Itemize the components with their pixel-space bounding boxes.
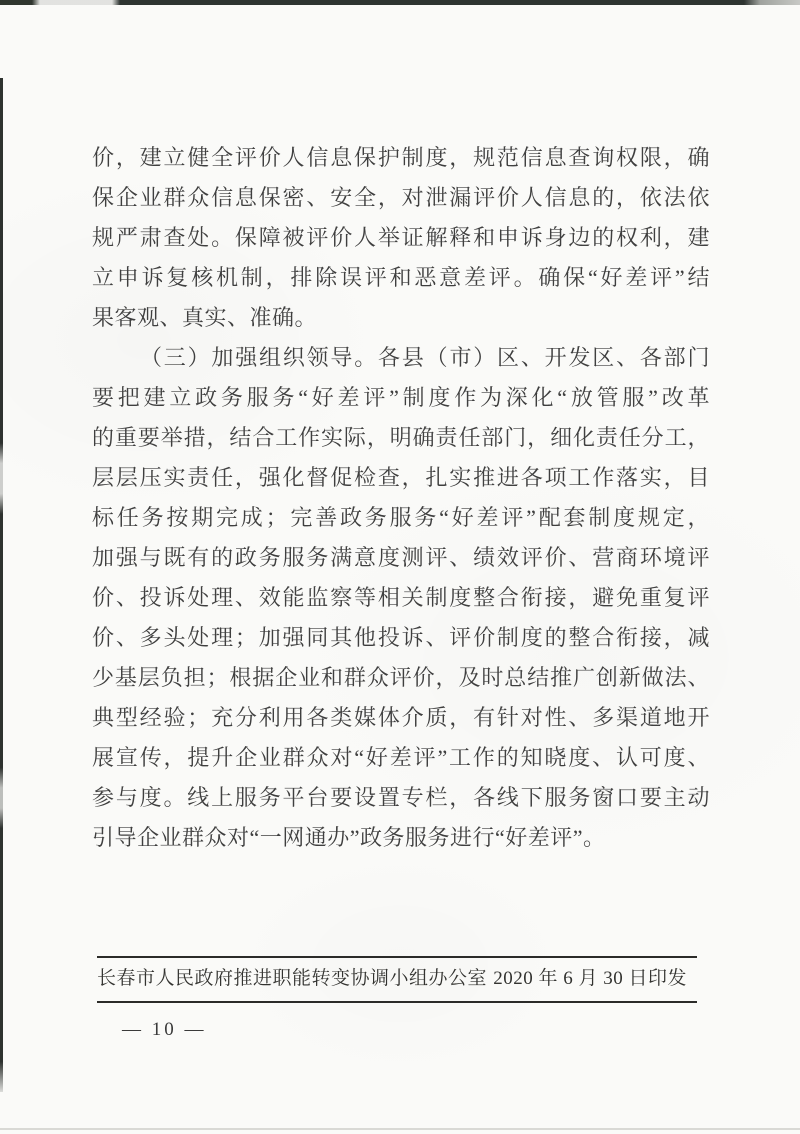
body-text-line: （三）加强组织领导。各县（市）区、开发区、各部门: [92, 338, 710, 378]
body-text-line: 少基层负担；根据企业和群众评价，及时总结推广创新做法、: [92, 658, 710, 698]
scan-edge-bottom: [0, 1128, 800, 1130]
document-footer: 长春市人民政府推进职能转变协调小组办公室 2020 年 6 月 30 日印发: [97, 964, 687, 994]
body-text-line: 引导企业群众对“一网通办”政务服务进行“好差评”。: [92, 818, 710, 858]
body-text-line: 果客观、真实、准确。: [92, 298, 710, 338]
page-number: — 10 —: [122, 1019, 207, 1041]
scanned-document-page: 价，建立健全评价人信息保护制度，规范信息查询权限，确 保企业群众信息保密、安全，…: [0, 0, 800, 1134]
footer-print-date: 2020 年 6 月 30 日印发: [493, 964, 687, 994]
paragraph-2: （三）加强组织领导。各县（市）区、开发区、各部门 要把建立政务服务“好差评”制度…: [92, 338, 710, 858]
body-text-line: 标任务按期完成；完善政务服务“好差评”配套制度规定，: [92, 498, 710, 538]
body-text-line: 参与度。线上服务平台要设置专栏，各线下服务窗口要主动: [92, 778, 710, 818]
body-text-line: 价，建立健全评价人信息保护制度，规范信息查询权限，确: [92, 138, 710, 178]
footer-issuer: 长春市人民政府推进职能转变协调小组办公室: [97, 964, 487, 994]
body-text-line: 立申诉复核机制，排除误评和恶意差评。确保“好差评”结: [92, 258, 710, 298]
footer-rule-top: [97, 956, 697, 958]
paragraph-1: 价，建立健全评价人信息保护制度，规范信息查询权限，确 保企业群众信息保密、安全，…: [92, 138, 710, 338]
body-text-line: 展宣传，提升企业群众对“好差评”工作的知晓度、认可度、: [92, 738, 710, 778]
body-text-line: 价、投诉处理、效能监察等相关制度整合衔接，避免重复评: [92, 578, 710, 618]
body-text-line: 层层压实责任，强化督促检查，扎实推进各项工作落实，目: [92, 458, 710, 498]
footer-rule-bottom: [97, 1001, 697, 1003]
body-text-line: 价、多头处理；加强同其他投诉、评价制度的整合衔接，减: [92, 618, 710, 658]
document-body: 价，建立健全评价人信息保护制度，规范信息查询权限，确 保企业群众信息保密、安全，…: [92, 138, 710, 858]
body-text-line: 加强与既有的政务服务满意度测评、绩效评价、营商环境评: [92, 538, 710, 578]
scan-edge-left: [0, 78, 3, 1092]
body-text-line: 典型经验；充分利用各类媒体介质，有针对性、多渠道地开: [92, 698, 710, 738]
scan-edge-top: [0, 0, 800, 5]
body-text-line: 要把建立政务服务“好差评”制度作为深化“放管服”改革: [92, 378, 710, 418]
body-text-line: 的重要举措，结合工作实际，明确责任部门，细化责任分工，: [92, 418, 710, 458]
body-text-line: 保企业群众信息保密、安全，对泄漏评价人信息的，依法依: [92, 178, 710, 218]
body-text-line: 规严肃查处。保障被评价人举证解释和申诉身边的权利，建: [92, 218, 710, 258]
